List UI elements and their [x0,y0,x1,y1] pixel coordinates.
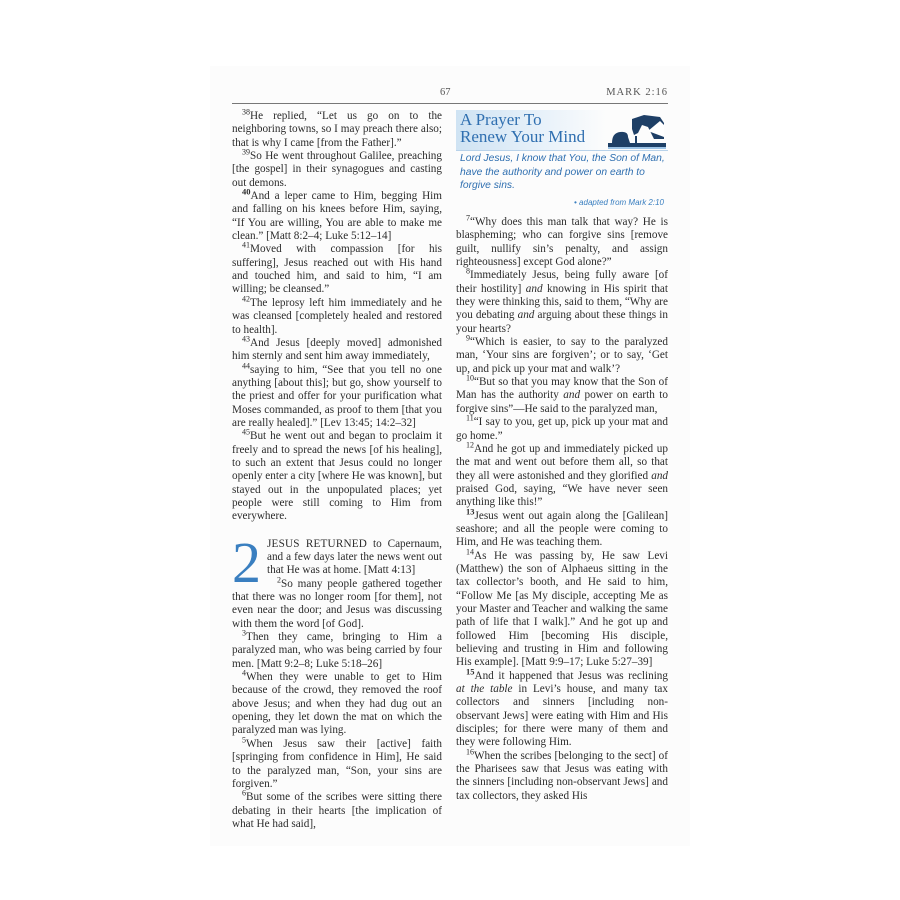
verse: 15And it happened that Jesus was reclini… [456,670,668,750]
running-head-reference: MARK 2:16 [606,87,668,98]
verse: 11“I say to you, get up, pick up your ma… [456,416,668,443]
prayer-title-line-2: Renew Your Mind [460,129,585,146]
verse-number: 45 [242,428,250,437]
verse-text: He replied, “Let us go on to the neighbo… [232,110,442,149]
verse: 2So many people gathered together that t… [232,578,442,631]
verse-number: 42 [242,294,250,303]
verse-text: praised God, saying, “We have never seen… [456,483,668,508]
verse-text: And it happened that Jesus was reclining [475,670,669,682]
left-column: 38He replied, “Let us go on to the neigh… [232,110,442,831]
verse-text: “Why does this man talk that way? He is … [456,216,668,268]
verse: 9“Which is easier, to say to the paralyz… [456,336,668,376]
verse: 39So He went throughout Galilee, preachi… [232,150,442,190]
verse-text: Moved with compassion [for his suffering… [232,243,442,295]
page-header: 67 MARK 2:16 [232,87,668,103]
verse-number: 15 [466,666,475,676]
verse-text: saying to him, “See that you tell no one… [232,364,442,429]
verse-text: As He was passing by, He saw Levi (Matth… [456,550,668,669]
verse: 41Moved with compassion [for his sufferi… [232,243,442,296]
verse-number: 14 [466,547,474,556]
italic-text: and [563,389,580,401]
verse: 42The leprosy left him immediately and h… [232,297,442,337]
verse: 44saying to him, “See that you tell no o… [232,364,442,431]
verse-number: 16 [466,747,474,756]
italic-text: and [651,470,668,482]
chapter-2-opening: JESUS RETURNED to Capernaum, and a few d… [232,538,442,578]
verse: 6But some of the scribes were sitting th… [232,791,442,831]
verse-text: When the scribes [belonging to the sect]… [456,750,668,802]
header-rule [232,103,668,104]
chapter-2-start: 2 JESUS RETURNED to Capernaum, and a few… [232,538,442,832]
verse-text: And Jesus [deeply moved] admonished him … [232,337,442,362]
verse: 14As He was passing by, He saw Levi (Mat… [456,550,668,670]
verse: 8Immediately Jesus, being fully aware [o… [456,269,668,336]
verse-number: 39 [242,147,250,156]
verse-number: 10 [466,373,474,382]
verse: 13Jesus went out again along the [Galile… [456,510,668,550]
verse-number: 12 [466,440,474,449]
verse-number: 44 [242,361,250,370]
verse-text: Then they came, bringing to Him a paraly… [232,631,442,670]
verse: 38He replied, “Let us go on to the neigh… [232,110,442,150]
verse: 7“Why does this man talk that way? He is… [456,216,668,269]
italic-text: and [526,283,543,295]
verse-text: When Jesus saw their [active] faith [spr… [232,738,442,790]
verse-text: “Which is easier, to say to the paralyze… [456,336,668,375]
verse: 5When Jesus saw their [active] faith [sp… [232,738,442,791]
verse-text: And he got up and immediately picked up … [456,443,668,482]
prayer-box: A Prayer To Renew Your Mind Lord Jesus, … [456,110,668,210]
prayer-divider [456,150,668,151]
chapter-2-verses: 2So many people gathered together that t… [232,578,442,832]
opening-caps: JESUS RETURNED [267,538,367,550]
chapter-1-verses: 38He replied, “Let us go on to the neigh… [232,110,442,524]
verse-number: 38 [242,107,250,116]
verse-text: “I say to you, get up, pick up your mat … [456,416,668,441]
chapter-number-dropcap: 2 [232,540,261,586]
verse-number: 11 [466,413,474,422]
verse-number: 40 [242,186,251,196]
verse-text: But he went out and began to proclaim it… [232,430,442,522]
right-column: A Prayer To Renew Your Mind Lord Jesus, … [456,110,668,803]
verse: 40And a leper came to Him, begging Him a… [232,190,442,243]
page-number: 67 [440,87,451,98]
verse: 10“But so that you may know that the Son… [456,376,668,416]
italic-text: and [518,309,535,321]
prayer-text: Lord Jesus, I know that You, the Son of … [460,152,668,193]
hand-on-house-icon [608,113,666,149]
verse: 3Then they came, bringing to Him a paral… [232,631,442,671]
verse-text: But some of the scribes were sitting the… [232,791,442,830]
verse-text: So He went throughout Galilee, preaching… [232,150,442,189]
verse: 43And Jesus [deeply moved] admonished hi… [232,337,442,364]
verse: 4When they were unable to get to Him bec… [232,671,442,738]
verse-text: And a leper came to Him, begging Him and… [232,190,442,242]
verse: 12And he got up and immediately picked u… [456,443,668,510]
verse-text: When they were unable to get to Him beca… [232,671,442,736]
verse: 16When the scribes [belonging to the sec… [456,750,668,803]
verse-text: The leprosy left him immediately and he … [232,297,442,336]
verse-number: 13 [466,506,475,516]
verse-number: 41 [242,241,250,250]
prayer-source: • adapted from Mark 2:10 [574,196,664,209]
verse: 45But he went out and began to proclaim … [232,430,442,523]
italic-text: at the table [456,683,513,695]
verse-number: 43 [242,334,250,343]
verse-text: So many people gathered together that th… [232,578,442,630]
prayer-title: A Prayer To Renew Your Mind [460,112,585,145]
right-column-verses: 7“Why does this man talk that way? He is… [456,216,668,803]
verse-text: Jesus went out again along the [Galilean… [456,510,668,549]
